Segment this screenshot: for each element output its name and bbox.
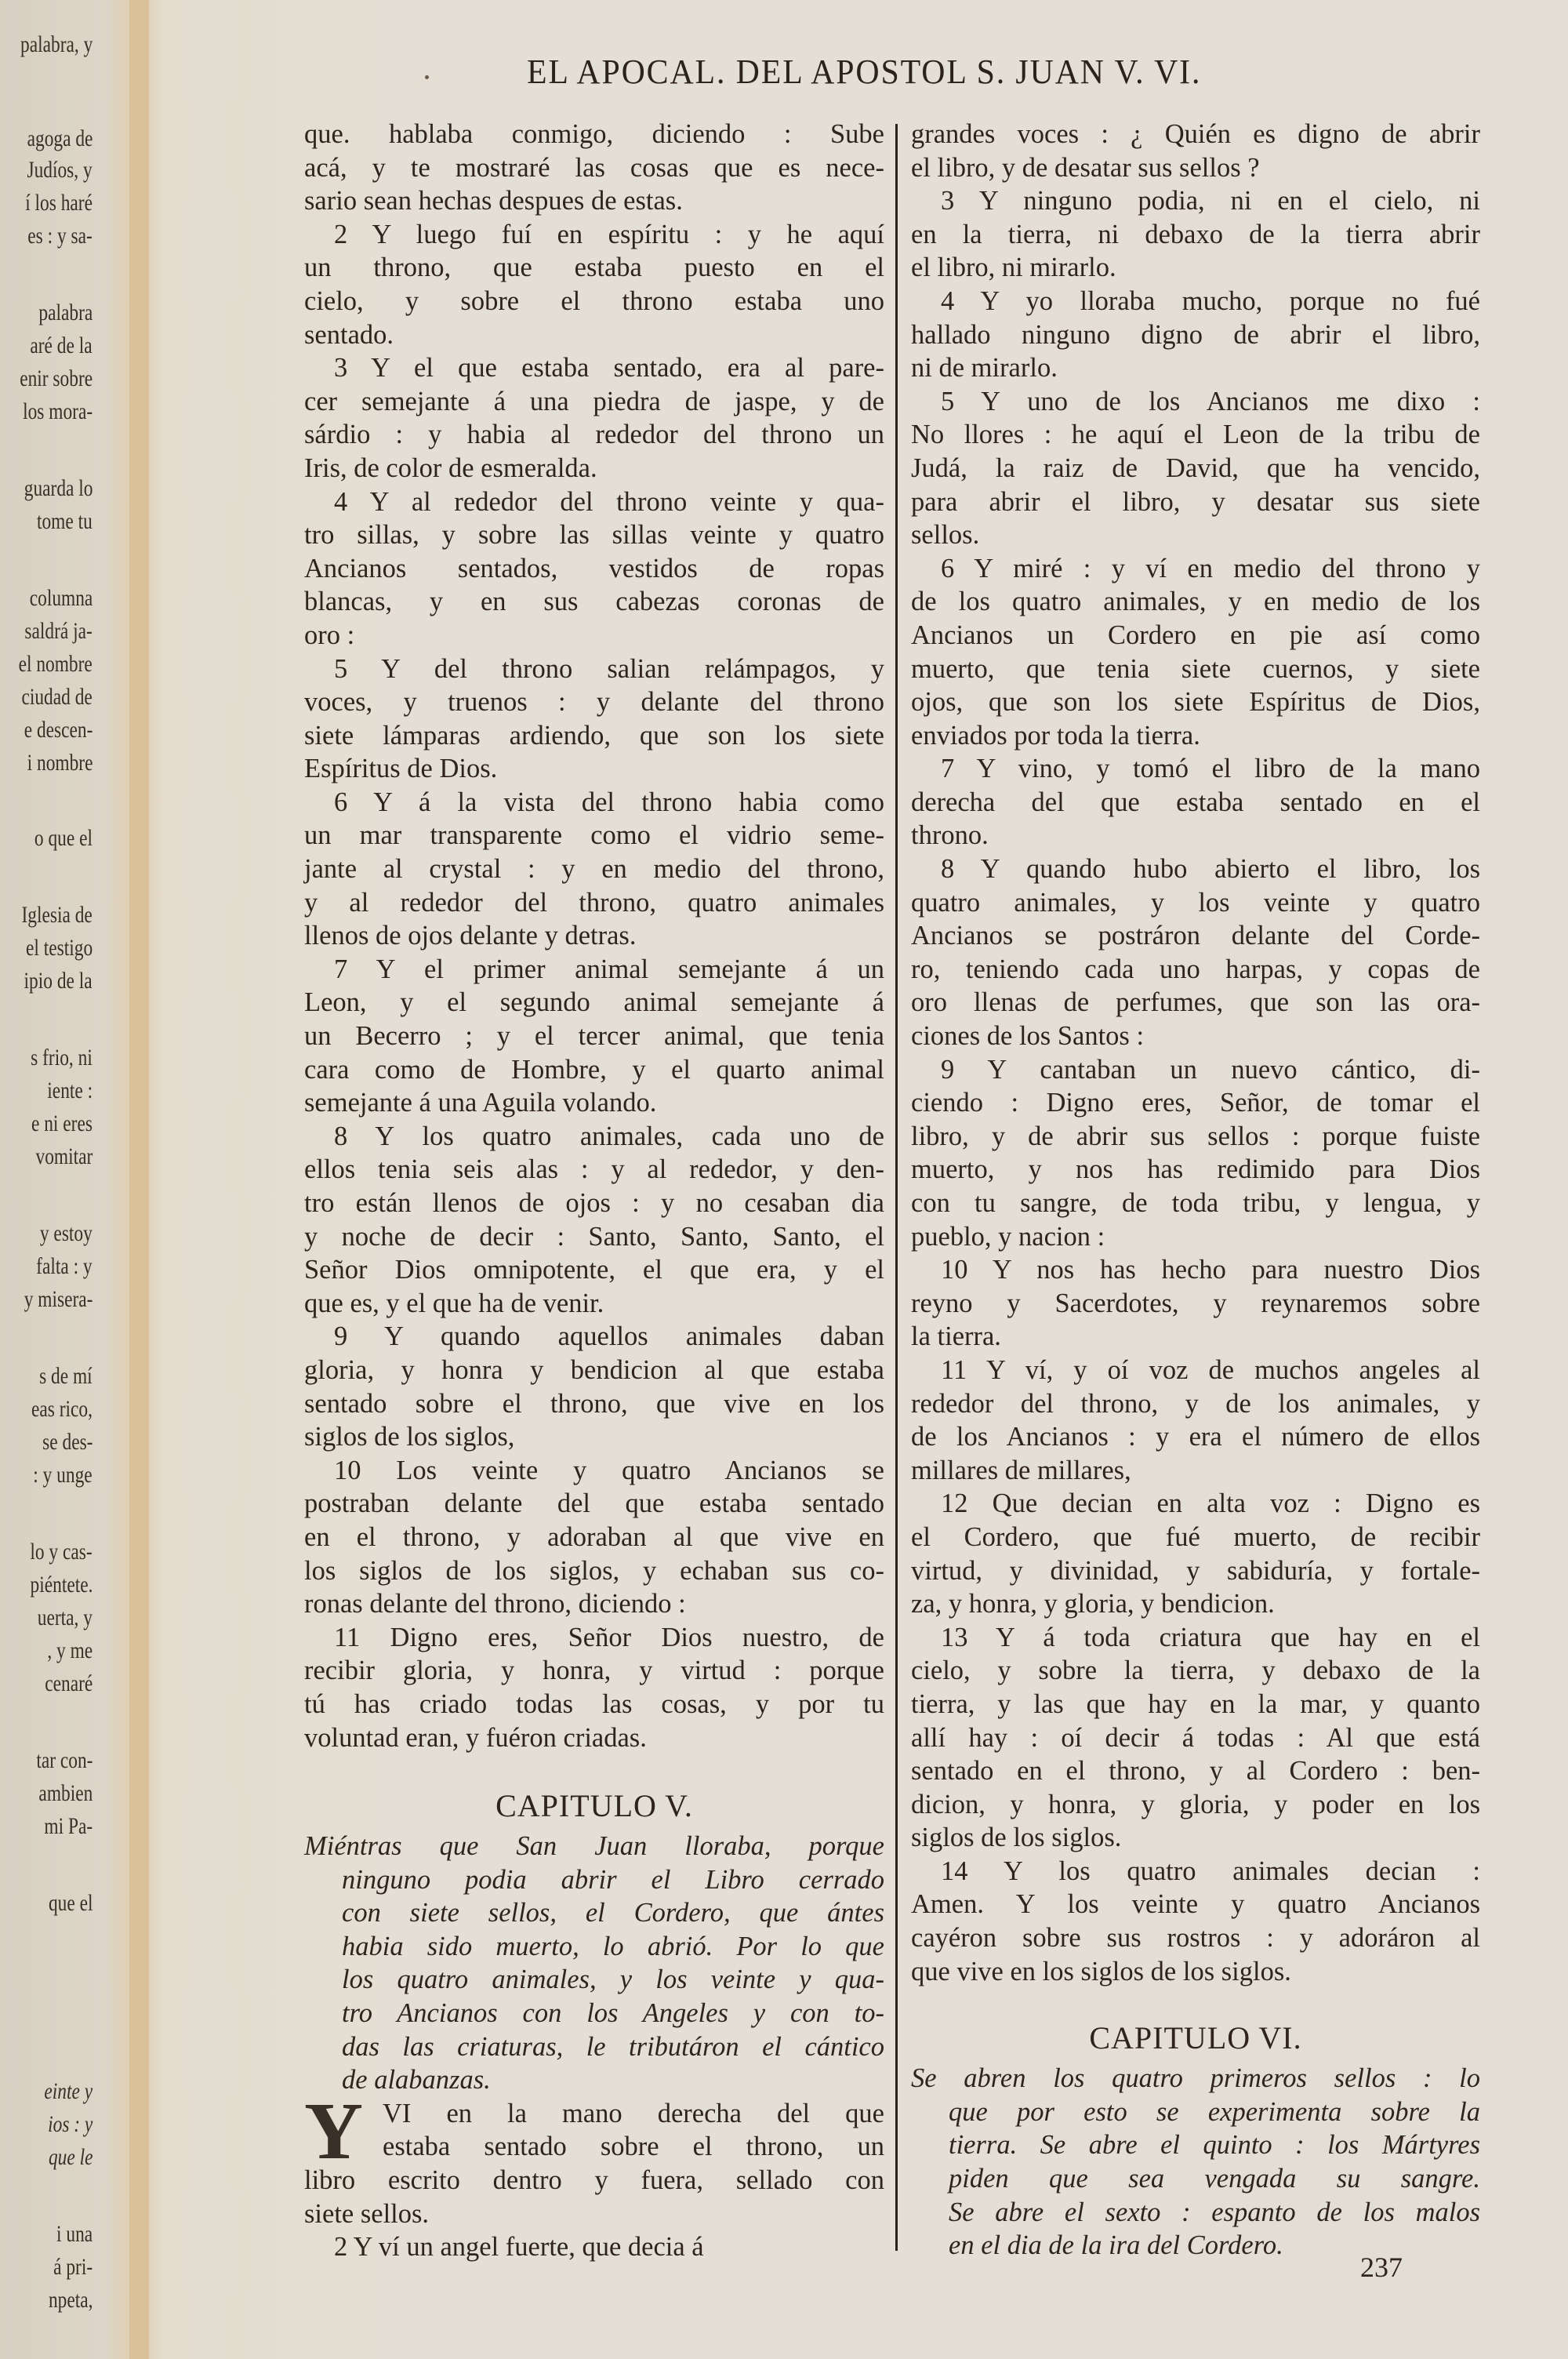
text-line: con siete sellos, el Cordero, que ántes [304, 1896, 884, 1930]
text-line: los quatro animales, y los veinte y qua- [304, 1963, 884, 1997]
right-column: grandes voces : ¿ Quién es digno de abri… [911, 118, 1480, 2263]
text-line: 14 Y los quatro animales decian : [911, 1855, 1480, 1888]
text-line: y al rededor del throno, quatro animales [304, 886, 884, 920]
text-line: el Cordero, que fué muerto, de recibir [911, 1521, 1480, 1554]
text-line: en el throno, y adoraban al que vive en [304, 1521, 884, 1554]
text-line: dicion, y honra, y gloria, y poder en lo… [911, 1788, 1480, 1822]
text-line: throno. [911, 819, 1480, 852]
facing-page-text: npeta, [48, 2287, 93, 2314]
text-line: cielo, y sobre la tierra, y debaxo de la [911, 1654, 1480, 1688]
page-number: 237 [1360, 2251, 1403, 2284]
text-line: habia sido muerto, lo abrió. Por lo que [304, 1930, 884, 1964]
text-line: en la tierra, ni debaxo de la tierra abr… [911, 218, 1480, 252]
facing-page-text: s frio, ni [31, 1045, 93, 1071]
text-line: de los Ancianos : y era el número de ell… [911, 1420, 1480, 1454]
text-line: za, y honra, y gloria, y bendicion. [911, 1587, 1480, 1621]
right-column-verses: grandes voces : ¿ Quién es digno de abri… [911, 118, 1480, 1988]
text-line: sentado en el throno, y al Cordero : ben… [911, 1754, 1480, 1788]
facing-page-text: es : y sa- [27, 223, 93, 249]
text-line: estaba sentado sobre el throno, un [304, 2130, 884, 2164]
text-line: ojos, que son los siete Espíritus de Dio… [911, 685, 1480, 719]
chapter-v-opening: Y VI en la mano derecha del queestaba se… [304, 2097, 884, 2264]
facing-page-text: palabra, y [20, 31, 93, 58]
text-line: Miéntras que San Juan lloraba, porque [304, 1830, 884, 1863]
facing-page-text: tar con- [36, 1747, 93, 1774]
text-line: Espíritus de Dios. [304, 752, 884, 786]
text-line: ciendo : Digno eres, Señor, de tomar el [911, 1086, 1480, 1120]
text-line: y noche de decir : Santo, Santo, Santo, … [304, 1220, 884, 1254]
text-line: siglos de los siglos, [304, 1420, 884, 1454]
text-line: con tu sangre, de toda tribu, y lengua, … [911, 1187, 1480, 1220]
facing-page-text: agoga de [27, 125, 93, 152]
text-line: grandes voces : ¿ Quién es digno de abri… [911, 118, 1480, 151]
facing-page-text: el testigo [26, 935, 93, 961]
text-line: cielo, y sobre el throno estaba uno [304, 285, 884, 318]
text-line: 4 Y yo lloraba mucho, porque no fué [911, 285, 1480, 318]
text-line: muerto, que tenia siete cuernos, y siete [911, 652, 1480, 686]
text-line: que por esto se experimenta sobre la [911, 2095, 1480, 2129]
text-line: Judá, la raiz de David, que ha vencido, [911, 452, 1480, 485]
text-line: sentado sobre el throno, que vive en los [304, 1387, 884, 1421]
text-line: millares de millares, [911, 1454, 1480, 1488]
facing-page-text: á pri- [53, 2254, 93, 2281]
text-line: Ancianos sentados, vestidos de ropas [304, 552, 884, 586]
text-line: 7 Y vino, y tomó el libro de la mano [911, 752, 1480, 786]
text-line: 8 Y los quatro animales, cada uno de [304, 1120, 884, 1154]
text-line: postraban delante del que estaba sentado [304, 1487, 884, 1521]
text-line: quatro animales, y los veinte y quatro [911, 886, 1480, 920]
facing-page-text: i nombre [27, 750, 93, 776]
text-line: das las criaturas, le tributáron el cánt… [304, 2030, 884, 2064]
text-line: 11 Y ví, y oí voz de muchos angeles al [911, 1354, 1480, 1387]
facing-page-text: que le [48, 2144, 93, 2171]
left-column: que. hablaba conmigo, diciendo : Subeacá… [304, 118, 884, 2264]
text-line: Amen. Y los veinte y quatro Ancianos [911, 1888, 1480, 1921]
text-line: 2 Y ví un angel fuerte, que decia á [304, 2230, 884, 2264]
text-line: tro sillas, y sobre las sillas veinte y … [304, 518, 884, 552]
text-line: virtud, y divinidad, y sabiduría, y fort… [911, 1554, 1480, 1588]
text-line: de alabanzas. [304, 2063, 884, 2097]
text-line: 4 Y al rededor del throno veinte y qua- [304, 485, 884, 519]
drop-cap: Y [304, 2099, 363, 2165]
text-line: pueblo, y nacion : [911, 1220, 1480, 1254]
text-line: 3 Y ninguno podia, ni en el cielo, ni [911, 184, 1480, 218]
text-line: Se abre el sexto : espanto de los malos [911, 2196, 1480, 2230]
text-line: sario sean hechas despues de estas. [304, 184, 884, 218]
facing-page-text: : y unge [34, 1462, 93, 1488]
text-line: los siglos de los siglos, y echaban sus … [304, 1554, 884, 1588]
facing-page-edge: palabra, yagoga deJudíos, yí los harées … [0, 0, 149, 2359]
text-line: 6 Y á la vista del throno habia como [304, 786, 884, 820]
text-line: tú has criado todas las cosas, y por tu [304, 1688, 884, 1721]
text-line: ninguno podia abrir el Libro cerrado [304, 1863, 884, 1897]
facing-page-text: se des- [42, 1429, 93, 1456]
text-line: 9 Y quando aquellos animales daban [304, 1320, 884, 1354]
facing-page-text: s de mí [39, 1363, 93, 1390]
facing-page-text: lo y cas- [31, 1539, 93, 1565]
text-line: Ancianos se postráron delante del Corde- [911, 919, 1480, 953]
text-line: acá, y te mostraré las cosas que es nece… [304, 151, 884, 185]
text-line: VI en la mano derecha del que [304, 2097, 884, 2131]
text-line: ro, teniendo cada uno harpas, y copas de [911, 953, 1480, 987]
facing-page-text: uerta, y [38, 1605, 93, 1631]
text-line: que. hablaba conmigo, diciendo : Sube [304, 118, 884, 151]
text-line: siglos de los siglos. [911, 1821, 1480, 1855]
text-line: libro escrito dentro y fuera, sellado co… [304, 2164, 884, 2197]
text-line: ronas delante del throno, diciendo : [304, 1587, 884, 1621]
text-line: para abrir el libro, y desatar sus siete [911, 485, 1480, 519]
text-line: Ancianos un Cordero en pie así como [911, 619, 1480, 652]
text-line: 2 Y luego fuí en espíritu : y he aquí [304, 218, 884, 252]
text-line: 8 Y quando hubo abierto el libro, los [911, 852, 1480, 886]
text-line: que vive en los siglos de los siglos. [911, 1955, 1480, 1989]
text-line: tierra, y las que hay en la mar, y quant… [911, 1688, 1480, 1721]
text-line: 5 Y del throno salian relámpagos, y [304, 652, 884, 686]
text-line: 10 Y nos has hecho para nuestro Dios [911, 1253, 1480, 1287]
text-line: ciones de los Santos : [911, 1020, 1480, 1053]
text-line: oro : [304, 619, 884, 652]
text-line: sárdio : y habia al rededor del throno u… [304, 418, 884, 452]
text-line: tro están llenos de ojos : y no cesaban … [304, 1187, 884, 1220]
facing-page-text: que el [48, 1890, 93, 1917]
text-line: 6 Y miré : y ví en medio del throno y [911, 552, 1480, 586]
text-line: jante al crystal : y en medio del throno… [304, 852, 884, 886]
facing-page-text: y misera- [24, 1286, 93, 1313]
facing-page-text: ios : y [48, 2111, 93, 2138]
text-line: un mar transparente como el vidrio seme- [304, 819, 884, 852]
facing-page-text: Judíos, y [27, 157, 93, 184]
facing-page-text: ciudad de [22, 684, 93, 711]
text-line: gloria, y honra y bendicion al que estab… [304, 1354, 884, 1387]
text-line: reyno y Sacerdotes, y reynaremos sobre [911, 1287, 1480, 1321]
text-line: blancas, y en sus cabezas coronas de [304, 585, 884, 619]
text-line: libro, y de abrir sus sellos : porque fu… [911, 1120, 1480, 1154]
text-line: muerto, y nos has redimido para Dios [911, 1153, 1480, 1187]
text-line: No llores : he aquí el Leon de la tribu … [911, 418, 1480, 452]
facing-page-text: falta : y [37, 1253, 93, 1280]
text-line: ni de mirarlo. [911, 351, 1480, 385]
text-line: cayéron sobre sus rostros : y adoráron a… [911, 1921, 1480, 1955]
facing-page-text: e descen- [24, 717, 93, 743]
text-line: tro Ancianos con los Angeles y con to- [304, 1997, 884, 2030]
text-line: enviados por toda la tierra. [911, 719, 1480, 753]
facing-page-text: einte y [44, 2078, 93, 2105]
facing-page-text: o que el [34, 825, 93, 852]
text-line: sentado. [304, 318, 884, 352]
facing-page-text: , y me [47, 1637, 93, 1664]
ink-speck [425, 75, 429, 79]
facing-page-text: enir sobre [20, 365, 93, 392]
facing-page-text: ipio de la [24, 968, 93, 994]
text-line: 12 Que decian en alta voz : Digno es [911, 1487, 1480, 1521]
text-line: que es, y el que ha de venir. [304, 1287, 884, 1321]
text-line: Leon, y el segundo animal semejante á [304, 986, 884, 1020]
chapter-vi-title: CAPITULO VI. [911, 2015, 1480, 2062]
text-line: voces, y truenos : y delante del throno [304, 685, 884, 719]
facing-page-text: vomitar [35, 1143, 93, 1170]
chapter-vi-summary: Se abren los quatro primeros sellos : lo… [911, 2062, 1480, 2263]
facing-page-text: mi Pa- [44, 1813, 93, 1840]
facing-page-text: ambien [38, 1780, 93, 1807]
text-line: 7 Y el primer animal semejante á un [304, 953, 884, 987]
facing-page-text: tome tu [37, 508, 93, 535]
text-line: 13 Y á toda criatura que hay en el [911, 1621, 1480, 1655]
text-line: llenos de ojos delante y detras. [304, 919, 884, 953]
facing-page-text: saldrá ja- [25, 618, 93, 645]
text-line: 9 Y cantaban un nuevo cántico, di- [911, 1053, 1480, 1087]
facing-page-text: columna [29, 585, 93, 612]
facing-page-text: eas rico, [31, 1396, 93, 1423]
text-line: cer semejante á una piedra de jaspe, y d… [304, 385, 884, 419]
facing-page-text: í los haré [25, 190, 93, 216]
text-line: allí hay : oí decir á todas : Al que est… [911, 1721, 1480, 1755]
text-line: de los quatro animales, y en medio de lo… [911, 585, 1480, 619]
text-line: voluntad eran, y fuéron criadas. [304, 1721, 884, 1755]
text-line: piden que sea vengada su sangre. [911, 2162, 1480, 2196]
text-line: semejante á una Aguila volando. [304, 1086, 884, 1120]
text-line: rededor del throno, y de los animales, y [911, 1387, 1480, 1421]
facing-page-text: palabra [38, 300, 93, 326]
chapter-v-title: CAPITULO V. [304, 1783, 884, 1830]
text-line: 3 Y el que estaba sentado, era al pare- [304, 351, 884, 385]
text-line: la tierra. [911, 1320, 1480, 1354]
facing-page-text: cenaré [45, 1670, 93, 1697]
facing-page-text: iente : [47, 1078, 93, 1104]
facing-page-text: los mora- [23, 398, 93, 425]
facing-page-text: Iglesia de [22, 902, 93, 929]
text-line: oro llenas de perfumes, que son las ora- [911, 986, 1480, 1020]
text-line: Señor Dios omnipotente, el que era, y el [304, 1253, 884, 1287]
text-line: derecha del que estaba sentado en el [911, 786, 1480, 820]
left-column-verses: que. hablaba conmigo, diciendo : Subeacá… [304, 118, 884, 1754]
facing-page-text: piéntete. [30, 1572, 93, 1598]
facing-page-text: aré de la [31, 333, 93, 359]
text-line: 5 Y uno de los Ancianos me dixo : [911, 385, 1480, 419]
text-line: 11 Digno eres, Señor Dios nuestro, de [304, 1621, 884, 1655]
running-head: EL APOCAL. DEL APOSTOL S. JUAN V. VI. [527, 52, 1201, 92]
text-line: 10 Los veinte y quatro Ancianos se [304, 1454, 884, 1488]
text-line: sellos. [911, 518, 1480, 552]
text-line: un throno, que estaba puesto en el [304, 251, 884, 285]
column-rule [895, 124, 898, 2251]
text-line: el libro, ni mirarlo. [911, 251, 1480, 285]
text-line: hallado ninguno digno de abrir el libro, [911, 318, 1480, 352]
text-line: siete sellos. [304, 2197, 884, 2231]
text-line: cara como de Hombre, y el quarto animal [304, 1053, 884, 1087]
facing-page-text: e ni eres [31, 1110, 93, 1137]
chapter-v-verses: VI en la mano derecha del queestaba sent… [304, 2097, 884, 2264]
text-line: Iris, de color de esmeralda. [304, 452, 884, 485]
facing-page-text: el nombre [19, 651, 93, 678]
chapter-v-summary: Miéntras que San Juan lloraba, porquenin… [304, 1830, 884, 2097]
text-line: tierra. Se abre el quinto : los Mártyres [911, 2128, 1480, 2162]
text-line: siete lámparas ardiendo, que son los sie… [304, 719, 884, 753]
facing-page-text: i una [56, 2221, 93, 2248]
text-line: ellos tenia seis alas : y al rededor, y … [304, 1153, 884, 1187]
text-line: recibir gloria, y honra, y virtud : porq… [304, 1654, 884, 1688]
text-line: Se abren los quatro primeros sellos : lo [911, 2062, 1480, 2095]
text-line: un Becerro ; y el tercer animal, que ten… [304, 1020, 884, 1053]
text-line: el libro, y de desatar sus sellos ? [911, 151, 1480, 185]
facing-page-text: guarda lo [24, 475, 93, 502]
facing-page-text: y estoy [40, 1220, 93, 1247]
